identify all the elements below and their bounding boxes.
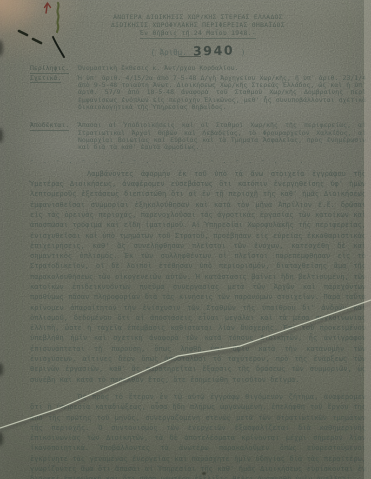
meta-text: Ἅπασαι αἱ Ὑποδιοικήσεις καὶ οἱ Σταθμοὶ Χ… xyxy=(78,122,366,151)
meta-row-recipients: Ἀποδέκται. Ἅπασαι αἱ Ὑποδιοικήσεις καὶ ο… xyxy=(30,122,366,151)
protocol-number-line: ( Ἀριθμ. 3940 ) xyxy=(30,43,366,59)
paper-edge-smudge xyxy=(0,363,3,376)
paper-edge-smudge xyxy=(0,432,3,446)
meta-text: Ὀνομαστικὴ ἔκθεσις κ. Ἀντ/ρχου Κορδαλίου… xyxy=(78,65,366,72)
meta-row-summary: Περίληψις. Ὀνομαστικὴ ἔκθεσις κ. Ἀντ/ρχο… xyxy=(30,65,366,72)
paper-edge-smudge xyxy=(0,40,3,56)
letterhead-line-2: ΔΙΟΙΚΗΣΙΣ ΧΩΡΟΦΥΛΑΚΗΣ ΠΕΡΙΦΕΡΕΙΑΣ ΘΗΒΑΪΔ… xyxy=(30,22,366,30)
ink-dash-mark xyxy=(19,31,27,35)
typed-content: ΑΝΩΤΕΡΑ ΔΙΟΙΚΗΣΙΣ ΧΩΡ/ΚΗΣ ΣΤΕΡΕΑΣ ΕΛΛΑΔΟ… xyxy=(30,14,366,479)
dotted-separator: - . - . - . - . - . - . - . - . - . - . … xyxy=(30,157,366,165)
body-paragraph-1: Λαμβάνοντες ἀφορμὴν ἐκ τοῦ ὑπὸ τὰ ἄνω στ… xyxy=(30,169,366,385)
scanned-document-sheet: ΑΝΩΤΕΡΑ ΔΙΟΙΚΗΣΙΣ ΧΩΡ/ΚΗΣ ΣΤΕΡΕΑΣ ΕΛΛΑΔΟ… xyxy=(0,0,371,479)
red-arrow-mark xyxy=(45,3,51,13)
meta-label: Ἀποδέκται. xyxy=(30,122,78,151)
meta-section: Περίληψις. Ὀνομαστικὴ ἔκθεσις κ. Ἀντ/ρχο… xyxy=(30,65,366,151)
meta-label: Σχετικά. xyxy=(30,75,78,112)
protocol-number-suffix: ) xyxy=(241,48,246,57)
letterhead: ΑΝΩΤΕΡΑ ΔΙΟΙΚΗΣΙΣ ΧΩΡ/ΚΗΣ ΣΤΕΡΕΑΣ ΕΛΛΑΔΟ… xyxy=(30,14,366,39)
meta-text: Ἡ ὑπ' ἀριθ. 4/15/2α ἀπὸ 7-5-48 Δ/γὴ Ἀρχη… xyxy=(78,75,366,112)
protocol-number-underline xyxy=(179,56,201,57)
body-paragraph-2: Ὡς πρὸς τὸ ἕτερον ἐν τῷ αὐτῷ ἐγγράφῳ θιγ… xyxy=(30,392,366,479)
letterhead-line-1: ΑΝΩΤΕΡΑ ΔΙΟΙΚΗΣΙΣ ΧΩΡ/ΚΗΣ ΣΤΕΡΕΑΣ ΕΛΛΑΔΟ… xyxy=(30,14,366,22)
paper-edge-smudge xyxy=(0,128,3,143)
meta-row-references: Σχετικά. Ἡ ὑπ' ἀριθ. 4/15/2α ἀπὸ 7-5-48 … xyxy=(30,75,366,112)
date-line: Ἐν Θήβαις τῇ 24 Μαΐου 1948.- xyxy=(140,30,256,39)
meta-label: Περίληψις. xyxy=(30,65,78,72)
